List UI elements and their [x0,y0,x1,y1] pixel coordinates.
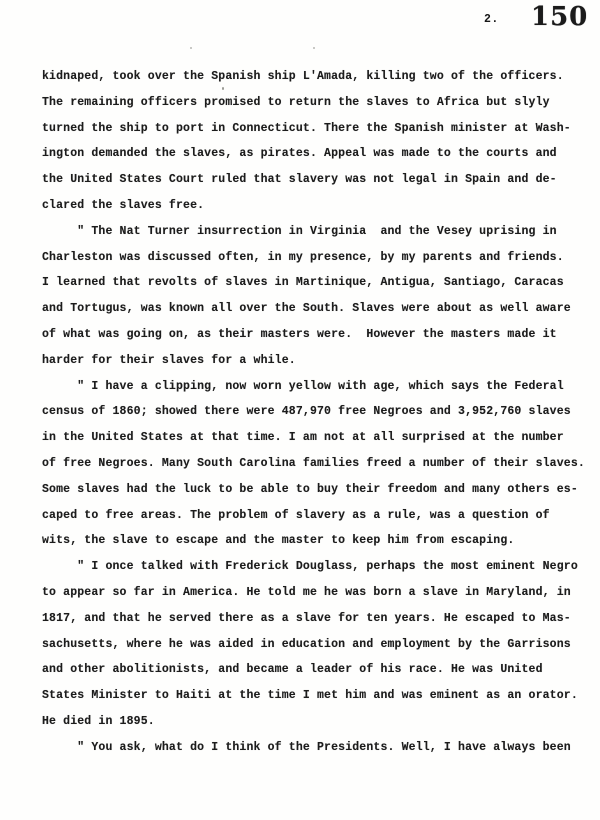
text-line: I learned that revolts of slaves in Mart… [42,270,582,296]
text-line: 1817, and that he served there as a slav… [42,606,582,632]
text-line: He died in 1895. [42,709,582,735]
text-line: " The Nat Turner insurrection in Virgini… [42,219,582,245]
text-line: clared the slaves free. [42,193,582,219]
text-line: in the United States at that time. I am … [42,425,582,451]
text-line: and Tortugus, was known all over the Sou… [42,296,582,322]
typewritten-text-block: kidnaped, took over the Spanish ship L'A… [42,64,582,761]
page-number: 2. [484,13,499,26]
text-line: Charleston was discussed often, in my pr… [42,245,582,271]
text-line: of free Negroes. Many South Carolina fam… [42,451,582,477]
text-line: kidnaped, took over the Spanish ship L'A… [42,64,582,90]
text-line: " I once talked with Frederick Douglass,… [42,554,582,580]
text-line: sachusetts, where he was aided in educat… [42,632,582,658]
text-line: caped to free areas. The problem of slav… [42,503,582,529]
text-line: " I have a clipping, now worn yellow wit… [42,374,582,400]
text-line: harder for their slaves for a while. [42,348,582,374]
paper-speck [190,47,192,49]
text-line: Some slaves had the luck to be able to b… [42,477,582,503]
typewritten-manuscript-page: 2. 150 kidnaped, took over the Spanish s… [0,0,600,820]
text-line: to appear so far in America. He told me … [42,580,582,606]
paper-speck [313,47,315,49]
text-line: wits, the slave to escape and the master… [42,528,582,554]
text-line: of what was going on, as their masters w… [42,322,582,348]
text-line: turned the ship to port in Connecticut. … [42,116,582,142]
text-line: census of 1860; showed there were 487,97… [42,399,582,425]
text-line: The remaining officers promised to retur… [42,90,582,116]
text-line: the United States Court ruled that slave… [42,167,582,193]
stamp-number: 150 [531,2,588,32]
text-line: and other abolitionists, and became a le… [42,657,582,683]
text-line: ington demanded the slaves, as pirates. … [42,141,582,167]
text-line: States Minister to Haiti at the time I m… [42,683,582,709]
text-line: " You ask, what do I think of the Presid… [42,735,582,761]
